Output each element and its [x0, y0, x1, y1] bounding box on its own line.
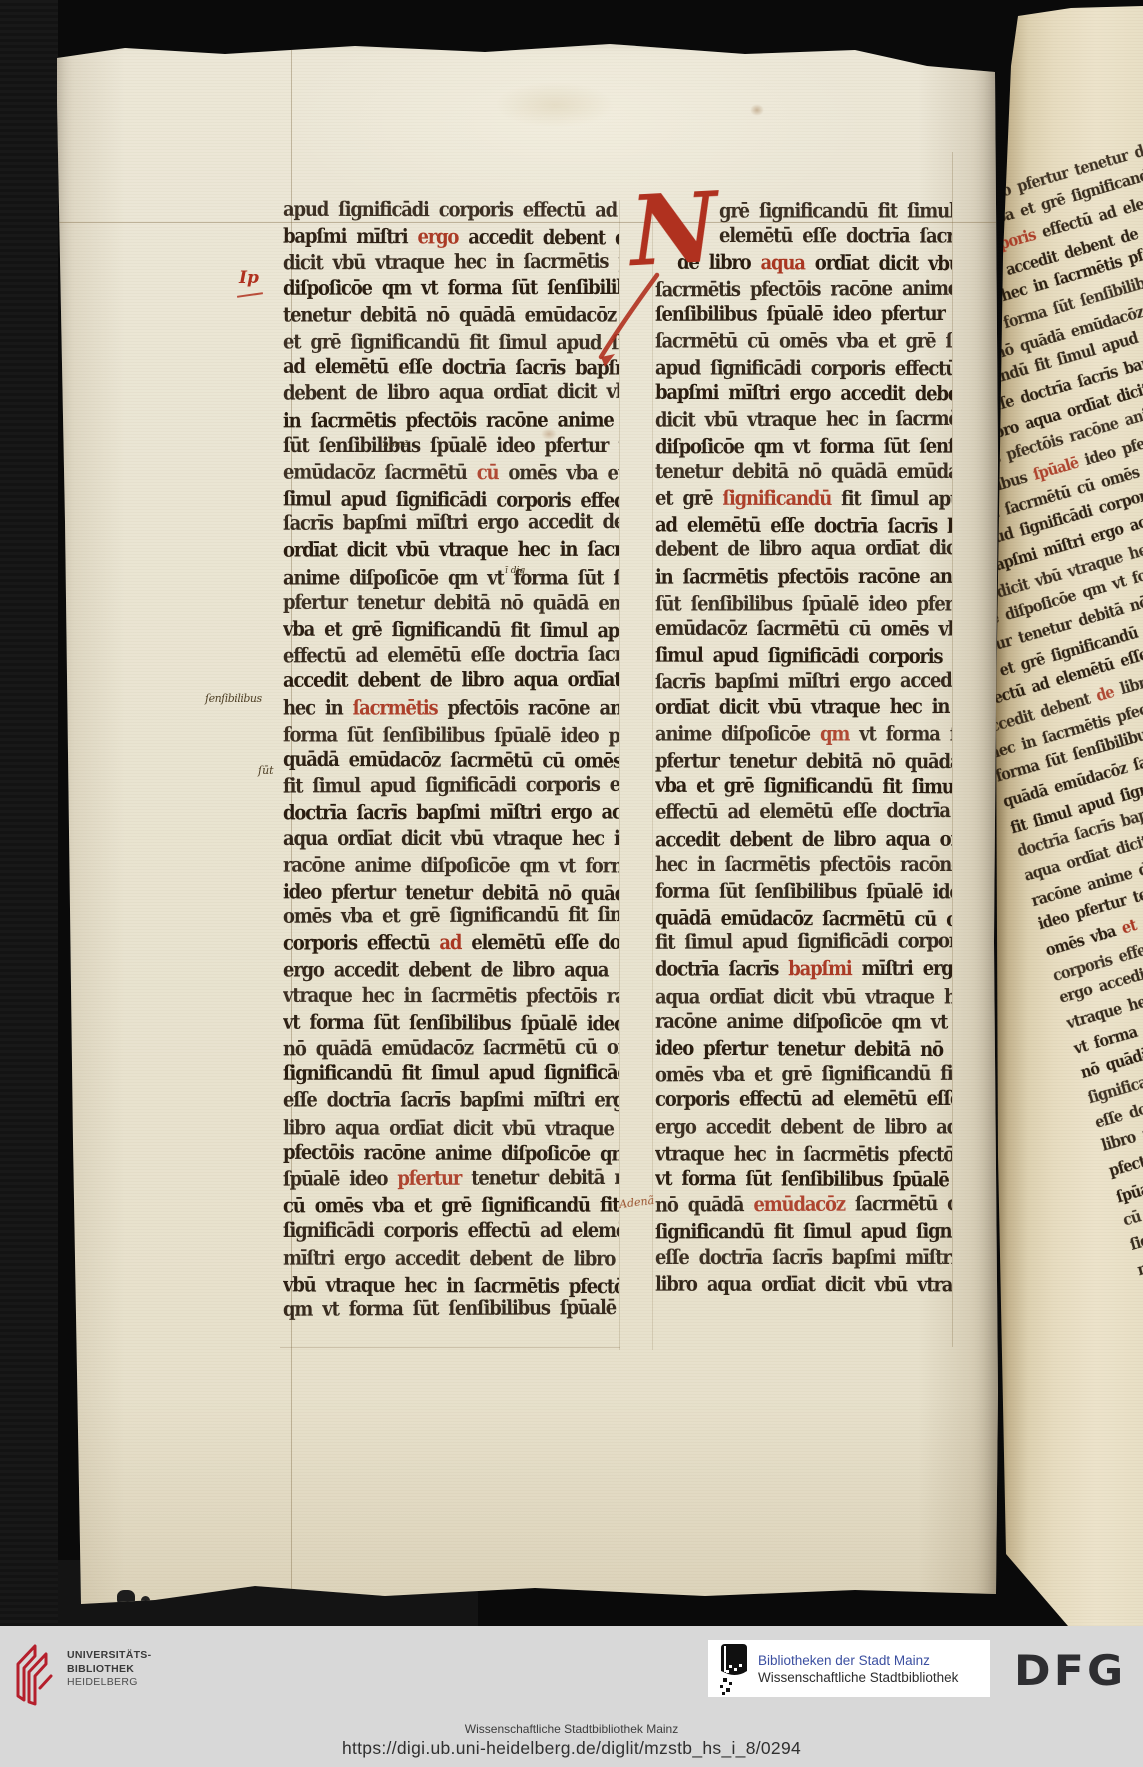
manuscript-line: corporis effectū ad elemētū eſſe doctrīa…: [655, 1085, 952, 1115]
manuscript-line: pfertur tenetur debitā nō quādā emūdacōz…: [283, 588, 619, 618]
facing-page-text: ſenſibilibus ſpūalē ideo pfertur tenetur…: [996, 134, 1143, 1626]
manuscript-line: effectū ad elemētū eſſe doctrīa ſacrīs b…: [655, 797, 952, 828]
ruling-line-horizontal-bottom: [280, 1347, 620, 1348]
ubh-line1: UNIVERSITÄTS-: [67, 1649, 151, 1663]
manuscript-photo: apud ſignificādi corporis effectū ad ele…: [0, 0, 1143, 1626]
manuscript-line: qm vt forma ſūt ſenſibilibus ſpūalē ideo…: [283, 1294, 619, 1325]
mainz-logo-text: Bibliotheken der Stadt Mainz Wissenschaf…: [758, 1652, 958, 1686]
manuscript-line: corporis effectū ad elemētū eſſe doctrīa…: [283, 929, 619, 959]
manuscript-line: et grē ſignificandū fit ſimul apud ſigni…: [655, 484, 952, 514]
manuscript-line: aqua ordīat dicit vbū vtraque hec in ſac…: [283, 824, 619, 853]
manuscript-line: libro aqua ordīat dicit vbū vtraque hec …: [655, 1270, 952, 1300]
manuscript-line: emūdacōz ſacrmētū cū omēs vba et grē ſig…: [283, 458, 619, 488]
mainz-line1: Bibliotheken der Stadt Mainz: [758, 1652, 958, 1669]
parchment-stain: [495, 82, 615, 128]
ubh-logo-icon: [12, 1638, 58, 1706]
interlinear-gloss: ī dig: [505, 566, 525, 576]
dfg-logo: DFG: [1014, 1646, 1126, 1695]
marginal-underline: [237, 292, 263, 298]
marginal-note-gap: Adenã: [618, 1194, 654, 1211]
manuscript-line: ſpūalē ideo pfertur tenetur debitā nō qu…: [283, 1164, 619, 1195]
manuscript-line: eſſe doctrīa ſacrīs bapſmi mīſtri ergo a…: [283, 1087, 619, 1116]
rubric-flourish-icon: [575, 257, 685, 382]
manuscript-line: emūdacōz ſacrmētū cū omēs vba et grē ſig…: [655, 615, 952, 645]
manuscript-line: omēs vba et grē ſignificandū fit ſimul a…: [283, 901, 619, 932]
library-footer: UNIVERSITÄTS- BIBLIOTHEK HEIDELBERG Bi: [0, 1626, 1143, 1767]
manuscript-line: fit ſimul apud ſignificādi corporis effe…: [655, 927, 952, 958]
manuscript-line: ſacrīs bapſmi mīſtri ergo accedit debent…: [283, 508, 619, 539]
manuscript-line: ſignificandū fit ſimul apud ſignificādi …: [283, 1059, 619, 1089]
manuscript-line: debent de libro aqua ordīat dicit vbū vt…: [283, 378, 619, 409]
manuscript-line: ordīat dicit vbū vtraque hec in ſacrmēti…: [283, 536, 619, 566]
manuscript-line: forma ſūt ſenſibilibus ſpūalē ideo pfert…: [655, 877, 952, 907]
manuscript-line: eſſe doctrīa ſacrīs bapſmi mīſtri ergo a…: [655, 1243, 952, 1272]
manuscript-line: doctrīa ſacrīs bapſmi mīſtri ergo accedi…: [655, 955, 952, 985]
manuscript-line: nō quādā emūdacōz ſacrmētū cū omēs vba e…: [655, 1190, 952, 1221]
footer-caption: Wissenschaftliche Stadtbibliothek Mainz: [0, 1722, 1143, 1736]
interlinear-gloss: bpmē: [383, 440, 408, 450]
manuscript-line: dicit vbū vtraque hec in ſacrmētis pfect…: [655, 404, 952, 435]
manuscript-line: ſignificādi corporis effectū ad elemētū …: [283, 1217, 619, 1246]
marginal-chapter-mark: Ip: [239, 268, 259, 288]
facing-page: ſenſibilibus ſpūalē ideo pfertur tenetur…: [996, 6, 1143, 1626]
text-column-2: grē ſignificandū fit ſimul apud ſignific…: [655, 198, 952, 1298]
manuscript-line: tenetur debitā nō quādā emūdacōz ſacrmēt…: [655, 458, 952, 487]
text-column-1: apud ſignificādi corporis effectū ad ele…: [283, 198, 619, 1324]
marginal-note-left-small: ſūt: [258, 764, 274, 777]
mainz-logo-box: Bibliotheken der Stadt Mainz Wissenschaf…: [708, 1640, 990, 1697]
book-cradle-fabric: [0, 0, 58, 1626]
ubh-line3: HEIDELBERG: [67, 1676, 151, 1690]
manuscript-line: accedit debent de libro aqua ordīat dici…: [283, 666, 619, 696]
screenshot-root: apud ſignificādi corporis effectū ad ele…: [0, 0, 1143, 1767]
manuscript-line: ordīat dicit vbū vtraque hec in ſacrmēti…: [655, 692, 952, 722]
manuscript-line: ſenſibilibus ſpūalē ideo pfertur tenetur…: [655, 300, 952, 330]
manuscript-line: racōne anime diſpoſicōe qm vt forma ſūt …: [655, 1007, 952, 1037]
manuscript-line: racōne anime diſpoſicōe qm vt forma ſūt …: [283, 851, 619, 881]
mainz-book-icon: [716, 1642, 750, 1696]
manuscript-line: hec in ſacrmētis pfectōis racōne anime d…: [283, 694, 619, 723]
manuscript-line: debent de libro aqua ordīat dicit vbū vt…: [655, 535, 952, 566]
marginal-note-left: ſenſibilibus: [205, 692, 262, 705]
manuscript-line: ſūt ſenſibilibus ſpūalē ideo pfertur ten…: [283, 431, 619, 460]
ubh-line2: BIBLIOTHEK: [67, 1663, 151, 1677]
parchment-stain: [750, 104, 764, 116]
manuscript-line: hec in ſacrmētis pfectōis racōne anime d…: [655, 850, 952, 879]
ubh-logo: UNIVERSITÄTS- BIBLIOTHEK HEIDELBERG: [12, 1638, 151, 1706]
manuscript-line: vtraque hec in ſacrmētis pfectōis racōne…: [283, 981, 619, 1011]
manuscript-line: in ſacrmētis pfectōis racōne anime diſpo…: [655, 562, 952, 592]
manuscript-line: anime diſpoſicōe qm vt forma ſūt ſenſibi…: [655, 720, 952, 749]
manuscript-line: fit ſimul apud ſignificādi corporis effe…: [283, 771, 619, 802]
manuscript-page: apud ſignificādi corporis effectū ad ele…: [55, 42, 998, 1617]
manuscript-line: diſpoſicōe qm vt forma ſūt ſenſibilibus …: [283, 273, 619, 303]
manuscript-line: apud ſignificādi corporis effectū ad ele…: [283, 196, 619, 226]
ruling-line-vertical-right: [952, 152, 953, 1347]
manuscript-line: ergo accedit debent de libro aqua ordīat…: [655, 1113, 952, 1142]
footer-url: https://digi.ub.uni-heidelberg.de/diglit…: [0, 1738, 1143, 1759]
mainz-line2: Wissenschaftliche Stadtbibliothek: [758, 1669, 958, 1686]
manuscript-line: mīſtri ergo accedit debent de libro aqua…: [283, 1244, 619, 1274]
manuscript-line: tenetur debitā nō quādā emūdacōz ſacrmēt…: [283, 301, 619, 330]
manuscript-line: ſacrmētū cū omēs vba et grē ſignificandū…: [655, 327, 952, 356]
ubh-logo-text: UNIVERSITÄTS- BIBLIOTHEK HEIDELBERG: [67, 1649, 151, 1690]
